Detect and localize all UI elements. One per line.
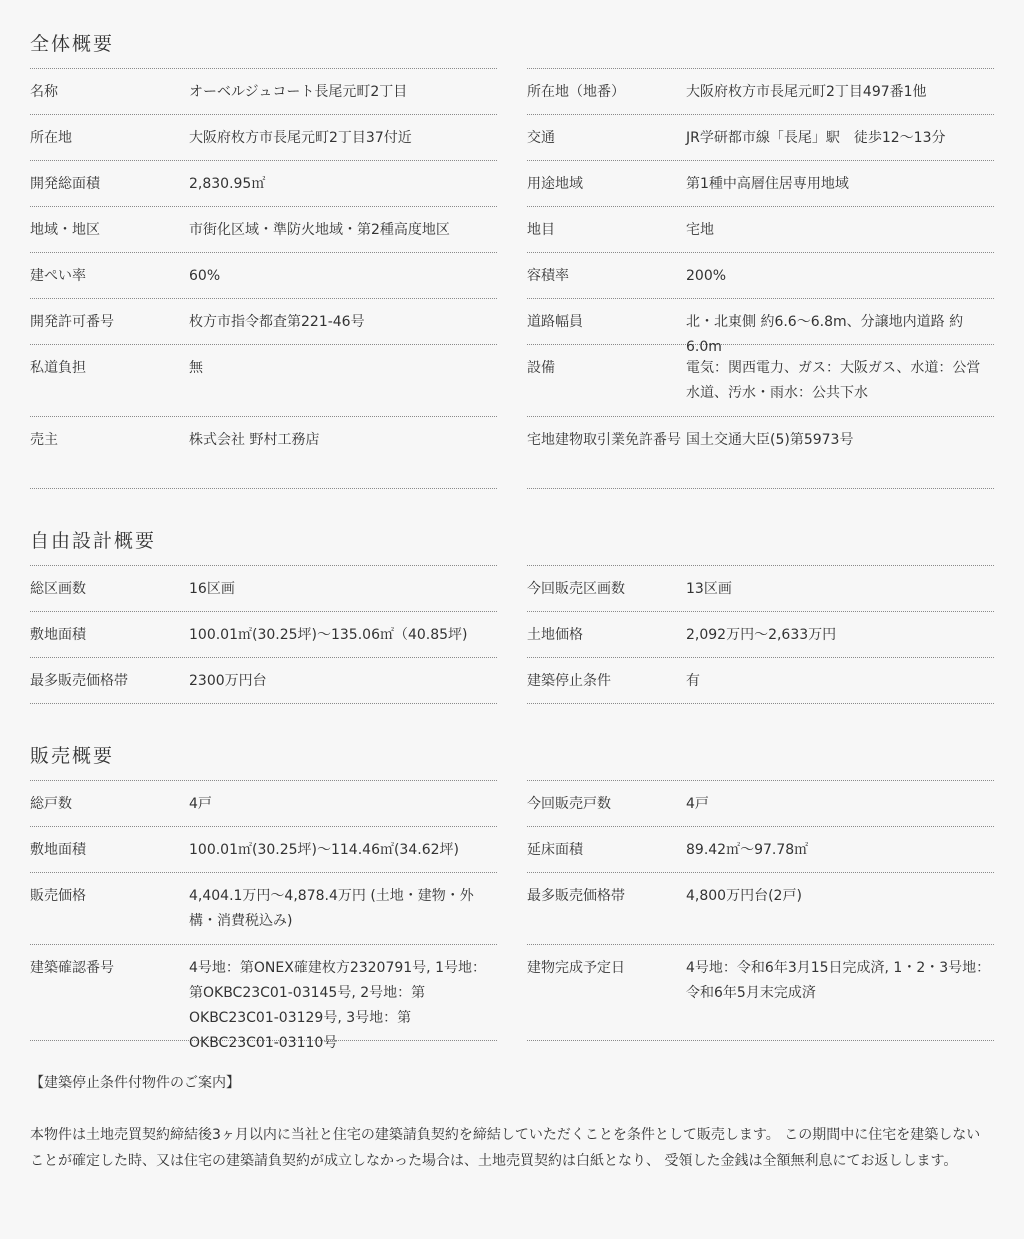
row-value: 第1種中高層住居専用地域 — [686, 172, 994, 206]
row-value: 4戸 — [189, 792, 497, 826]
row-label: 販売価格 — [30, 884, 189, 944]
row-label: 今回販売区画数 — [527, 577, 686, 611]
table-row: 最多販売価格帯2300万円台 — [30, 658, 497, 704]
row-label: 売主 — [30, 428, 189, 488]
row-value: 13区画 — [686, 577, 994, 611]
row-label: 建築確認番号 — [30, 956, 189, 1040]
table-row: 設備電気：関西電力、ガス：大阪ガス、水道：公営水道、汚水・雨水：公共下水 — [527, 345, 994, 417]
section-title-sales: 販売概要 — [30, 740, 994, 772]
row-value: 2,830.95㎡ — [189, 172, 497, 206]
table-row: 今回販売戸数4戸 — [527, 781, 994, 827]
table-row: 販売価格4,404.1万円～4,878.4万円 (土地・建物・外構・消費税込み) — [30, 873, 497, 945]
row-value: 北・北東側 約6.6～6.8m、分譲地内道路 約6.0m — [686, 310, 994, 344]
row-value: 200% — [686, 264, 994, 298]
table-row: 建物完成予定日4号地：令和6年3月15日完成済, 1・2・3号地：令和6年5月末… — [527, 945, 994, 1041]
table-row: 開発総面積2,830.95㎡ — [30, 161, 497, 207]
row-value: 国土交通大臣(5)第5973号 — [686, 428, 994, 488]
row-label: 私道負担 — [30, 356, 189, 416]
row-label: 最多販売価格帯 — [30, 669, 189, 703]
table-row: 容積率200% — [527, 253, 994, 299]
overall-left-column: 名称オーベルジュコート長尾元町2丁目 所在地大阪府枚方市長尾元町2丁目37付近 … — [30, 68, 497, 489]
row-label: 土地価格 — [527, 623, 686, 657]
table-row: 名称オーベルジュコート長尾元町2丁目 — [30, 69, 497, 115]
table-row: 今回販売区画数13区画 — [527, 566, 994, 612]
table-row: 最多販売価格帯4,800万円台(2戸) — [527, 873, 994, 945]
table-row: 地目宅地 — [527, 207, 994, 253]
section-title-overall: 全体概要 — [30, 28, 994, 60]
table-row: 地域・地区市街化区域・準防火地域・第2種高度地区 — [30, 207, 497, 253]
sales-left-column: 総戸数4戸 敷地面積100.01㎡(30.25坪)～114.46㎡(34.62坪… — [30, 780, 497, 1041]
row-label: 開発総面積 — [30, 172, 189, 206]
row-label: 交通 — [527, 126, 686, 160]
row-label: 道路幅員 — [527, 310, 686, 344]
row-label: 宅地建物取引業免許番号 — [527, 428, 686, 488]
row-value: 株式会社 野村工務店 — [189, 428, 497, 488]
overall-right-column: 所在地（地番）大阪府枚方市長尾元町2丁目497番1他 交通JR学研都市線「長尾」… — [527, 68, 994, 489]
row-label: 最多販売価格帯 — [527, 884, 686, 944]
row-label: 建築停止条件 — [527, 669, 686, 703]
row-label: 用途地域 — [527, 172, 686, 206]
row-label: 建ぺい率 — [30, 264, 189, 298]
row-value: 2300万円台 — [189, 669, 497, 703]
property-overview-page: 全体概要 名称オーベルジュコート長尾元町2丁目 所在地大阪府枚方市長尾元町2丁目… — [0, 0, 1024, 1174]
row-label: 敷地面積 — [30, 623, 189, 657]
table-row: 私道負担無 — [30, 345, 497, 417]
row-value: 4号地：令和6年3月15日完成済, 1・2・3号地：令和6年5月末完成済 — [686, 956, 994, 1040]
row-value: オーベルジュコート長尾元町2丁目 — [189, 80, 497, 114]
overall-table: 名称オーベルジュコート長尾元町2丁目 所在地大阪府枚方市長尾元町2丁目37付近 … — [30, 68, 994, 489]
row-value: JR学研都市線「長尾」駅 徒歩12～13分 — [686, 126, 994, 160]
table-row: 敷地面積100.01㎡(30.25坪)～135.06㎡（40.85坪) — [30, 612, 497, 658]
table-row: 総区画数16区画 — [30, 566, 497, 612]
row-label: 総戸数 — [30, 792, 189, 826]
row-label: 設備 — [527, 356, 686, 416]
row-label: 地域・地区 — [30, 218, 189, 252]
row-value: 60% — [189, 264, 497, 298]
row-label: 建物完成予定日 — [527, 956, 686, 1040]
notice-body: 本物件は土地売買契約締結後3ヶ月以内に当社と住宅の建築請負契約を締結していただく… — [30, 1122, 994, 1174]
row-value: 4,404.1万円～4,878.4万円 (土地・建物・外構・消費税込み) — [189, 884, 497, 944]
table-row: 建築停止条件有 — [527, 658, 994, 704]
table-row: 用途地域第1種中高層住居専用地域 — [527, 161, 994, 207]
row-value: 大阪府枚方市長尾元町2丁目37付近 — [189, 126, 497, 160]
row-label: 名称 — [30, 80, 189, 114]
table-row: 建ぺい率60% — [30, 253, 497, 299]
row-value: 有 — [686, 669, 994, 703]
table-row: 道路幅員北・北東側 約6.6～6.8m、分譲地内道路 約6.0m — [527, 299, 994, 345]
row-label: 延床面積 — [527, 838, 686, 872]
sales-right-column: 今回販売戸数4戸 延床面積89.42㎡～97.78㎡ 最多販売価格帯4,800万… — [527, 780, 994, 1041]
table-row: 開発許可番号枚方市指令都査第221-46号 — [30, 299, 497, 345]
row-label: 総区画数 — [30, 577, 189, 611]
row-label: 開発許可番号 — [30, 310, 189, 344]
table-row: 建築確認番号4号地：第ONEX確建枚方2320791号, 1号地：第OKBC23… — [30, 945, 497, 1041]
row-value: 16区画 — [189, 577, 497, 611]
row-value: 89.42㎡～97.78㎡ — [686, 838, 994, 872]
free-design-right-column: 今回販売区画数13区画 土地価格2,092万円～2,633万円 建築停止条件有 — [527, 565, 994, 704]
table-row: 宅地建物取引業免許番号国土交通大臣(5)第5973号 — [527, 417, 994, 489]
row-value: 無 — [189, 356, 497, 416]
table-row: 延床面積89.42㎡～97.78㎡ — [527, 827, 994, 873]
section-title-free-design: 自由設計概要 — [30, 525, 994, 557]
table-row: 売主株式会社 野村工務店 — [30, 417, 497, 489]
notice-title: 【建築停止条件付物件のご案内】 — [30, 1071, 994, 1096]
table-row: 総戸数4戸 — [30, 781, 497, 827]
row-label: 地目 — [527, 218, 686, 252]
table-row: 敷地面積100.01㎡(30.25坪)～114.46㎡(34.62坪) — [30, 827, 497, 873]
row-value: 100.01㎡(30.25坪)～135.06㎡（40.85坪) — [189, 623, 497, 657]
sales-table: 総戸数4戸 敷地面積100.01㎡(30.25坪)～114.46㎡(34.62坪… — [30, 780, 994, 1041]
row-value: 大阪府枚方市長尾元町2丁目497番1他 — [686, 80, 994, 114]
row-value: 枚方市指令都査第221-46号 — [189, 310, 497, 344]
row-value: 4,800万円台(2戸) — [686, 884, 994, 944]
row-value: 電気：関西電力、ガス：大阪ガス、水道：公営水道、汚水・雨水：公共下水 — [686, 356, 994, 416]
row-value: 4号地：第ONEX確建枚方2320791号, 1号地：第OKBC23C01-03… — [189, 956, 497, 1040]
row-value: 宅地 — [686, 218, 994, 252]
free-design-table: 総区画数16区画 敷地面積100.01㎡(30.25坪)～135.06㎡（40.… — [30, 565, 994, 704]
free-design-left-column: 総区画数16区画 敷地面積100.01㎡(30.25坪)～135.06㎡（40.… — [30, 565, 497, 704]
table-row: 交通JR学研都市線「長尾」駅 徒歩12～13分 — [527, 115, 994, 161]
row-label: 所在地 — [30, 126, 189, 160]
row-label: 敷地面積 — [30, 838, 189, 872]
row-label: 今回販売戸数 — [527, 792, 686, 826]
row-value: 4戸 — [686, 792, 994, 826]
table-row: 所在地（地番）大阪府枚方市長尾元町2丁目497番1他 — [527, 69, 994, 115]
row-value: 市街化区域・準防火地域・第2種高度地区 — [189, 218, 497, 252]
table-row: 所在地大阪府枚方市長尾元町2丁目37付近 — [30, 115, 497, 161]
row-label: 所在地（地番） — [527, 80, 686, 114]
row-value: 100.01㎡(30.25坪)～114.46㎡(34.62坪) — [189, 838, 497, 872]
row-value: 2,092万円～2,633万円 — [686, 623, 994, 657]
table-row: 土地価格2,092万円～2,633万円 — [527, 612, 994, 658]
row-label: 容積率 — [527, 264, 686, 298]
